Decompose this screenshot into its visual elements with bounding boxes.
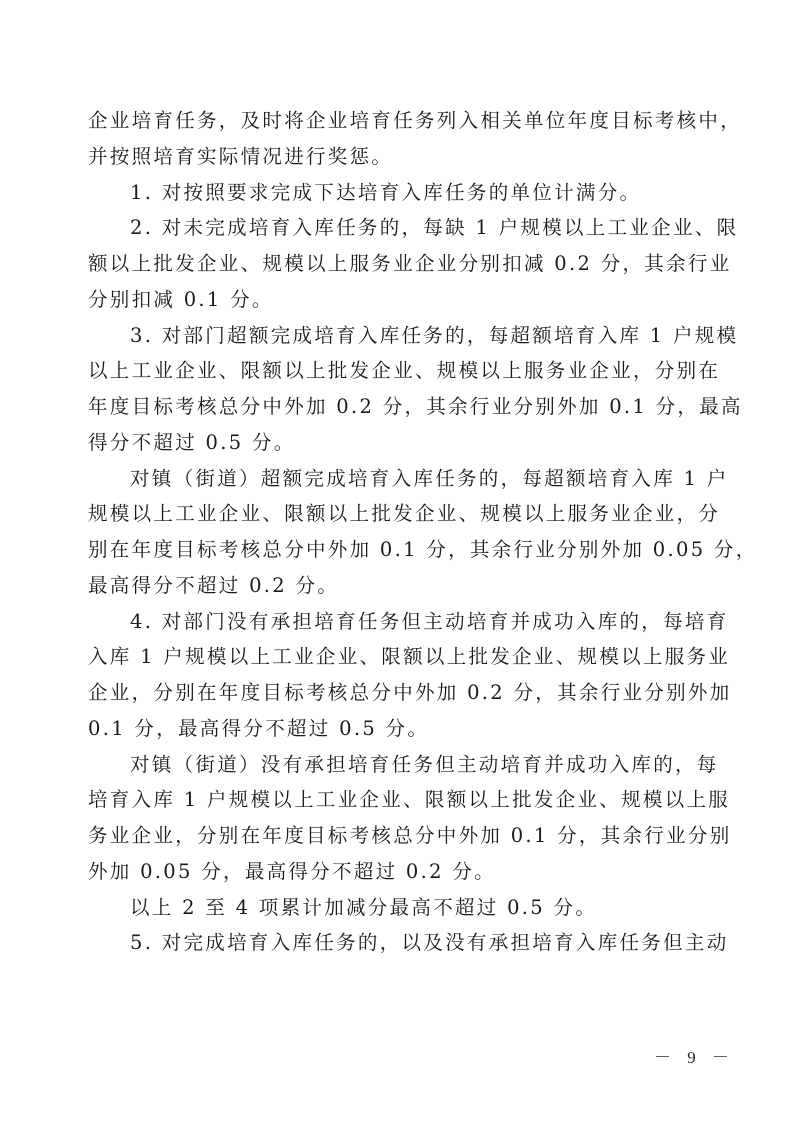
document-page: 企业培育任务，及时将企业培育任务列入相关单位年度目标考核中， 并按照培育实际情况… xyxy=(0,0,793,1122)
text-line: 企业培育任务，及时将企业培育任务列入相关单位年度目标考核中， xyxy=(88,103,708,139)
text-line: 培育入库 1 户规模以上工业企业、限额以上批发企业、规模以上服 xyxy=(88,782,708,818)
text-line: 年度目标考核总分中外加 0.2 分，其余行业分别外加 0.1 分，最高 xyxy=(88,389,708,425)
paragraph-item-3-town: 对镇（街道）超额完成培育入库任务的，每超额培育入库 1 户 规模以上工业企业、限… xyxy=(88,461,708,604)
text-line: 规模以上工业企业、限额以上批发企业、规模以上服务业企业，分 xyxy=(88,496,708,532)
text-line: 入库 1 户规模以上工业企业、限额以上批发企业、规模以上服务业 xyxy=(88,639,708,675)
page-number: － 9 － xyxy=(654,1043,735,1068)
text-line: 务业企业，分别在年度目标考核总分中外加 0.1 分，其余行业分别 xyxy=(88,818,708,854)
text-line: 外加 0.05 分，最高得分不超过 0.2 分。 xyxy=(88,854,708,890)
text-line: 1. 对按照要求完成下达培育入库任务的单位计满分。 xyxy=(88,175,708,211)
text-line: 并按照培育实际情况进行奖惩。 xyxy=(88,139,708,175)
text-line: 2. 对未完成培育入库任务的，每缺 1 户规模以上工业企业、限 xyxy=(88,210,708,246)
text-line: 0.1 分，最高得分不超过 0.5 分。 xyxy=(88,711,708,747)
text-line: 3. 对部门超额完成培育入库任务的，每超额培育入库 1 户规模 xyxy=(88,318,708,354)
text-line: 额以上批发企业、规模以上服务业企业分别扣减 0.2 分，其余行业 xyxy=(88,246,708,282)
paragraph-intro-continuation: 企业培育任务，及时将企业培育任务列入相关单位年度目标考核中， 并按照培育实际情况… xyxy=(88,103,708,175)
paragraph-item-2: 2. 对未完成培育入库任务的，每缺 1 户规模以上工业企业、限 额以上批发企业、… xyxy=(88,210,708,317)
paragraph-item-5: 5. 对完成培育入库任务的，以及没有承担培育入库任务但主动 xyxy=(88,925,708,961)
text-line: 企业，分别在年度目标考核总分中外加 0.2 分，其余行业分别外加 xyxy=(88,675,708,711)
paragraph-item-3: 3. 对部门超额完成培育入库任务的，每超额培育入库 1 户规模 以上工业企业、限… xyxy=(88,318,708,461)
text-line: 别在年度目标考核总分中外加 0.1 分，其余行业分别外加 0.05 分， xyxy=(88,532,708,568)
paragraph-item-4-town: 对镇（街道）没有承担培育任务但主动培育并成功入库的，每 培育入库 1 户规模以上… xyxy=(88,747,708,890)
paragraph-summary: 以上 2 至 4 项累计加减分最高不超过 0.5 分。 xyxy=(88,890,708,926)
text-line: 5. 对完成培育入库任务的，以及没有承担培育入库任务但主动 xyxy=(88,925,708,961)
text-line: 最高得分不超过 0.2 分。 xyxy=(88,568,708,604)
text-line: 得分不超过 0.5 分。 xyxy=(88,425,708,461)
text-line: 4. 对部门没有承担培育任务但主动培育并成功入库的，每培育 xyxy=(88,604,708,640)
text-line: 分别扣减 0.1 分。 xyxy=(88,282,708,318)
paragraph-item-1: 1. 对按照要求完成下达培育入库任务的单位计满分。 xyxy=(88,175,708,211)
paragraph-item-4: 4. 对部门没有承担培育任务但主动培育并成功入库的，每培育 入库 1 户规模以上… xyxy=(88,604,708,747)
text-line: 对镇（街道）超额完成培育入库任务的，每超额培育入库 1 户 xyxy=(88,461,708,497)
text-line: 对镇（街道）没有承担培育任务但主动培育并成功入库的，每 xyxy=(88,747,708,783)
document-body: 企业培育任务，及时将企业培育任务列入相关单位年度目标考核中， 并按照培育实际情况… xyxy=(88,103,708,961)
text-line: 以上 2 至 4 项累计加减分最高不超过 0.5 分。 xyxy=(88,890,708,926)
text-line: 以上工业企业、限额以上批发企业、规模以上服务业企业，分别在 xyxy=(88,353,708,389)
